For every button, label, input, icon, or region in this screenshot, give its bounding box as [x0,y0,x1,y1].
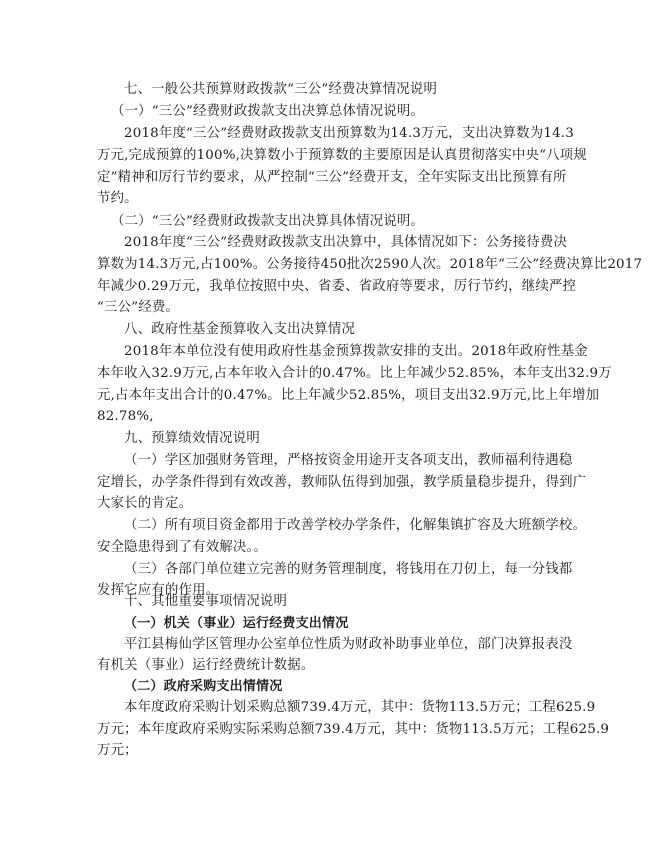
paragraph-line: 本年度政府采购计划采购总额739.4万元，其中：货物113.5万元；工程625.… [97,698,559,718]
section-heading-10: 十、其他重要事项情况说明 [97,592,559,612]
paragraph-line: 安全隐患得到了有效解决。。 [97,538,559,558]
paragraph-line: 万元；本年度政府采购实际采购总额739.4万元，其中：货物113.5万元；工程6… [97,720,559,740]
paragraph-line: （二）所有项目资金都用于改善学校办学条件，化解集镇扩容及大班额学校。 [97,516,559,536]
paragraph-line: 2018年度“三公”经费财政拨款支出决算中，具体情况如下：公务接待费决 [97,233,559,253]
paragraph-line: 有机关（事业）运行经费统计数据。 [97,656,559,676]
paragraph-line: 算数为14.3万元,占100%。公务接待450批次2590人次。2018年“三公… [97,255,559,275]
subsection-heading-7-2: （二）“三公”经费财政拨款支出决算具体情况说明。 [97,212,559,232]
subsection-heading-10-1: （一）机关（事业）运行经费支出情况 [97,614,559,634]
paragraph-line: 定增长，办学条件得到有效改善，教师队伍得到加强，教学质量稳步提升，得到广 [97,473,559,493]
document-page: 七、一般公共预算财政拨款“三公”经费决算情况说明 （一）“三公”经费财政拨款支出… [0,0,652,844]
section-heading-8: 八、政府性基金预算收入支出决算情况 [97,320,559,340]
subsection-heading-7-1: （一）“三公”经费财政拨款支出决算总体情况说明。 [97,102,559,122]
paragraph-line: 本年收入32.9万元,占本年收入合计的0.47%。比上年减少52.85%，本年支… [97,364,559,384]
paragraph-line: 82.78%, [97,407,559,427]
paragraph-line: 年减少0.29万元，我单位按照中央、省委、省政府等要求，厉行节约，继续严控 [97,277,559,297]
paragraph-line: 元,占本年支出合计的0.47%。比上年减少52.85%，项目支出32.9万元,比… [97,386,559,406]
paragraph-line: 2018年本单位没有使用政府性基金预算拨款安排的支出。2018年政府性基金 [97,342,559,362]
paragraph-line: 2018年度“三公”经费财政拨款支出预算数为14.3万元，支出决算数为14.3 [97,124,559,144]
section-heading-9: 九、预算绩效情况说明 [97,429,559,449]
paragraph-line: 定”精神和厉行节约要求，从严控制“三公”经费开支，全年实际支出比预算有所 [97,168,559,188]
paragraph-line: 平江县梅仙学区管理办公室单位性质为财政补助事业单位，部门决算报表没 [97,635,559,655]
paragraph-line: 节约。 [97,189,559,209]
paragraph-line: “三公”经费。 [97,298,559,318]
subsection-heading-10-2: （二）政府采购支出情情况 [97,677,559,697]
paragraph-line: 万元； [97,741,559,761]
paragraph-line: （一）学区加强财务管理，严格按资金用途开支各项支出，教师福利待遇稳 [97,451,559,471]
paragraph-line: 万元,完成预算的100%,决算数小于预算数的主要原因是认真贯彻落实中央“八项规 [97,146,559,166]
section-heading-7: 七、一般公共预算财政拨款“三公”经费决算情况说明 [97,80,559,100]
paragraph-line: （三）各部门单位建立完善的财务管理制度，将钱用在刀仞上，每一分钱都 [97,560,559,580]
paragraph-line: 大家长的肯定。 [97,494,559,514]
